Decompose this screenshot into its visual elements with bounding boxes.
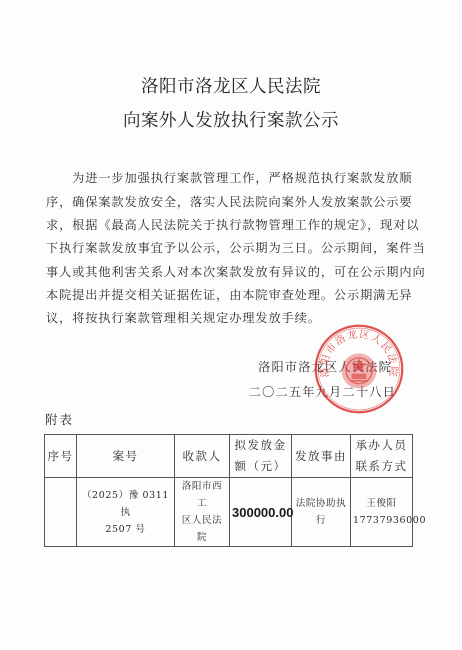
header-case-no: 案号 <box>77 435 175 478</box>
header-amount: 拟发放金 额（元） <box>230 435 292 478</box>
table-header-row: 序号 案号 收款人 拟发放金 额（元） 发放事由 承办人员 联系方式 <box>45 435 413 478</box>
cell-payee: 洛阳市西工 区人民法院 <box>175 478 230 547</box>
body-line: 议，将按执行案款管理相关规定办理发放手续。 <box>46 310 418 326</box>
header-amount-line2: 额（元） <box>232 456 289 477</box>
case-no-line1: （2025）豫 0311 执 <box>79 487 172 521</box>
header-amount-line1: 拟发放金 <box>232 435 289 456</box>
header-contact-line2: 联系方式 <box>353 456 410 477</box>
cell-seq <box>45 478 77 547</box>
contact-name: 王俊阳 <box>353 495 410 512</box>
header-payee: 收款人 <box>175 435 230 478</box>
cell-amount: 300000.00 <box>230 478 292 547</box>
payee-line1: 洛阳市西工 <box>177 478 227 512</box>
document-title-notice: 向案外人发放执行案款公示 <box>0 107 462 132</box>
signature-date: 二〇二五年九月二十八日 <box>249 384 396 400</box>
appendix-table: 序号 案号 收款人 拟发放金 额（元） 发放事由 承办人员 联系方式 （2025… <box>44 434 413 547</box>
cell-contact: 王俊阳 17737936000 <box>351 478 413 547</box>
header-contact-line1: 承办人员 <box>353 435 410 456</box>
appendix-label: 附表 <box>45 410 74 428</box>
header-contact: 承办人员 联系方式 <box>351 435 413 478</box>
header-seq: 序号 <box>45 435 77 478</box>
reason-line1: 法院协助执 <box>294 495 348 512</box>
table-row: （2025）豫 0311 执 2507 号 洛阳市西工 区人民法院 300000… <box>45 478 413 547</box>
document-title-court: 洛阳市洛龙区人民法院 <box>0 73 462 98</box>
reason-line2: 行 <box>294 512 348 529</box>
cell-reason: 法院协助执 行 <box>292 478 351 547</box>
body-line: 求，根据《最高人民法院关于执行款物管理工作的规定》，现对以 <box>46 217 418 233</box>
cell-case-no: （2025）豫 0311 执 2507 号 <box>77 478 175 547</box>
body-line: 事人或其他利害关系人对本次案款发放有异议的，可在公示期内向 <box>46 264 418 280</box>
body-line: 本院提出并提交相关证据佐证，由本院审查处理。公示期满无异 <box>46 287 418 303</box>
body-line: 下执行案款发放事宜予以公示，公示期为三日。公示期间，案件当 <box>46 240 418 256</box>
case-no-line2: 2507 号 <box>79 521 172 538</box>
payee-line2: 区人民法院 <box>177 512 227 546</box>
signature-issuer: 洛阳市洛龙区人民法院 <box>258 359 392 375</box>
body-line: 序，确保案款发放安全，落实人民法院向案外人发放案款公示要 <box>46 194 418 210</box>
header-reason: 发放事由 <box>292 435 351 478</box>
contact-phone: 17737936000 <box>353 512 410 529</box>
document-page: 洛阳市洛龙区人民法院 向案外人发放执行案款公示 为进一步加强执行案款管理工作，严… <box>0 0 462 650</box>
body-line: 为进一步加强执行案款管理工作，严格规范执行案款发放顺 <box>46 170 418 186</box>
